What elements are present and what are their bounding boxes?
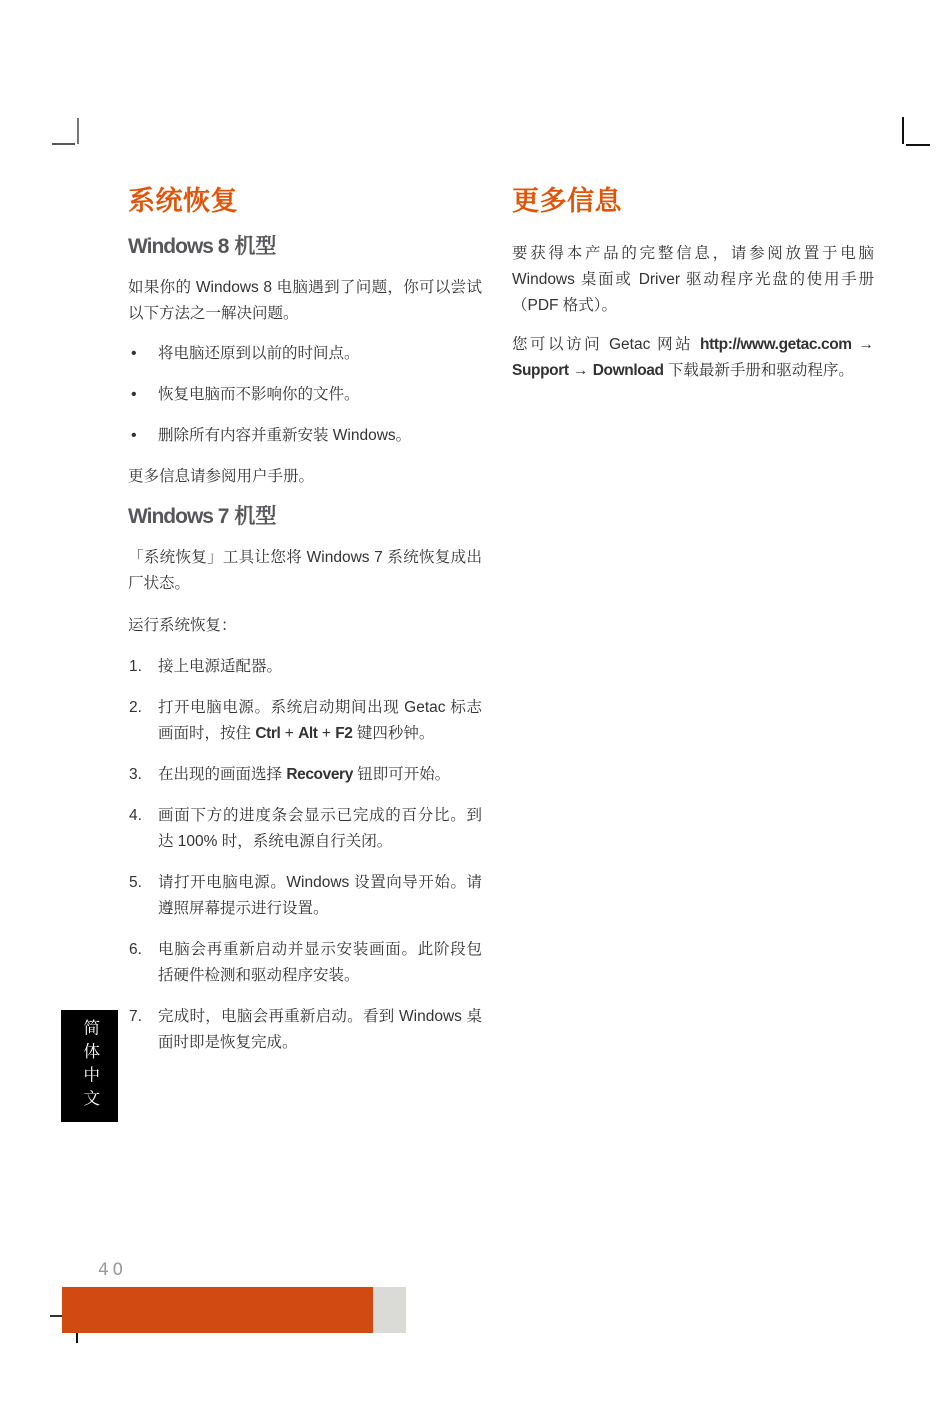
- text-run: 完成时，电脑会再重新启动。看到 Windows 桌面时即是恢复完成。: [158, 1008, 482, 1051]
- bold-text-run: Support: [512, 362, 569, 379]
- text-run: 在出现的画面选择: [158, 766, 286, 783]
- subheading-windows7-models: Windows 7 机型: [128, 503, 482, 530]
- text-run: 请打开电脑电源。Windows 设置向导开始。请遵照屏幕提示进行设置。: [158, 874, 482, 917]
- list-item: 删除所有内容并重新安装 Windows。: [128, 423, 482, 449]
- subheading-windows8-zh: 机型: [228, 235, 276, 258]
- list-item: 请打开电脑电源。Windows 设置向导开始。请遵照屏幕提示进行设置。: [128, 870, 482, 922]
- text-run: 钮即可开始。: [353, 766, 450, 783]
- text-run: →: [852, 336, 874, 353]
- more-info-paragraph-1: 要获得本产品的完整信息，请参阅放置于电脑 Windows 桌面或 Driver …: [512, 241, 874, 319]
- list-item: 接上电源适配器。: [128, 654, 482, 680]
- bold-text-run: Alt: [298, 725, 317, 742]
- text-run: 您可以访问 Getac 网站: [512, 336, 700, 353]
- crop-mark-top-left-vertical: [77, 118, 79, 144]
- list-item: 画面下方的进度条会显示已完成的百分比。到达 100% 时，系统电源自行关闭。: [128, 803, 482, 855]
- text-run: →: [569, 362, 593, 379]
- text-run: 接上电源适配器。: [158, 658, 282, 675]
- subheading-windows8-latin: Windows 8: [128, 235, 228, 258]
- crop-mark-top-right-horizontal: [906, 144, 930, 146]
- bold-text-run: F2: [335, 725, 352, 742]
- win8-options-list: 将电脑还原到以前的时间点。恢复电脑而不影响你的文件。删除所有内容并重新安装 Wi…: [128, 341, 482, 449]
- bold-text-run: Download: [593, 362, 664, 379]
- crop-mark-top-right-vertical: [902, 117, 904, 144]
- left-column: 系统恢复 Windows 8 机型 如果你的 Windows 8 电脑遇到了问题…: [128, 185, 482, 1071]
- list-item: 打开电脑电源。系统启动期间出现 Getac 标志画面时，按住 Ctrl + Al…: [128, 695, 482, 747]
- footer-gray-block: [373, 1287, 406, 1333]
- recovery-steps-list: 接上电源适配器。打开电脑电源。系统启动期间出现 Getac 标志画面时，按住 C…: [128, 654, 482, 1056]
- page-number: 40: [98, 1260, 127, 1280]
- crop-mark-top-left-horizontal: [52, 143, 75, 145]
- text-run: +: [318, 725, 336, 742]
- bold-text-run: http://www.getac.com: [700, 336, 852, 353]
- list-item: 恢复电脑而不影响你的文件。: [128, 382, 482, 408]
- text-run: 电脑会再重新启动并显示安装画面。此阶段包括硬件检测和驱动程序安装。: [158, 941, 482, 984]
- list-item: 完成时，电脑会再重新启动。看到 Windows 桌面时即是恢复完成。: [128, 1004, 482, 1056]
- bold-text-run: Recovery: [286, 766, 353, 783]
- text-run: 键四秒钟。: [353, 725, 435, 742]
- text-run: 下载最新手册和驱动程序。: [664, 362, 854, 379]
- right-column: 更多信息 要获得本产品的完整信息，请参阅放置于电脑 Windows 桌面或 Dr…: [512, 185, 874, 398]
- footer-orange-bar: [62, 1287, 373, 1333]
- manual-page: 系统恢复 Windows 8 机型 如果你的 Windows 8 电脑遇到了问题…: [0, 0, 950, 1420]
- text-run: +: [280, 725, 298, 742]
- more-info-paragraph-2: 您可以访问 Getac 网站 http://www.getac.com → Su…: [512, 332, 874, 384]
- language-tab-label: 简体中文: [81, 1019, 98, 1113]
- win7-intro-paragraph: 「系统恢复」工具让您将 Windows 7 系统恢复成出厂状态。: [128, 545, 482, 597]
- section-title-more-info: 更多信息: [512, 185, 874, 217]
- subheading-windows7-zh: 机型: [228, 505, 276, 528]
- list-item: 在出现的画面选择 Recovery 钮即可开始。: [128, 762, 482, 788]
- run-recovery-label: 运行系统恢复：: [128, 613, 482, 639]
- list-item: 将电脑还原到以前的时间点。: [128, 341, 482, 367]
- section-title-system-recovery: 系统恢复: [128, 185, 482, 217]
- subheading-windows7-latin: Windows 7: [128, 505, 228, 528]
- language-tab-simplified-chinese: 简体中文: [61, 1010, 118, 1122]
- win8-intro-paragraph: 如果你的 Windows 8 电脑遇到了问题，你可以尝试以下方法之一解决问题。: [128, 275, 482, 327]
- bold-text-run: Ctrl: [255, 725, 280, 742]
- win8-outro-paragraph: 更多信息请参阅用户手册。: [128, 464, 482, 490]
- text-run: 画面下方的进度条会显示已完成的百分比。到达 100% 时，系统电源自行关闭。: [158, 807, 482, 850]
- list-item: 电脑会再重新启动并显示安装画面。此阶段包括硬件检测和驱动程序安装。: [128, 937, 482, 989]
- subheading-windows8-models: Windows 8 机型: [128, 233, 482, 260]
